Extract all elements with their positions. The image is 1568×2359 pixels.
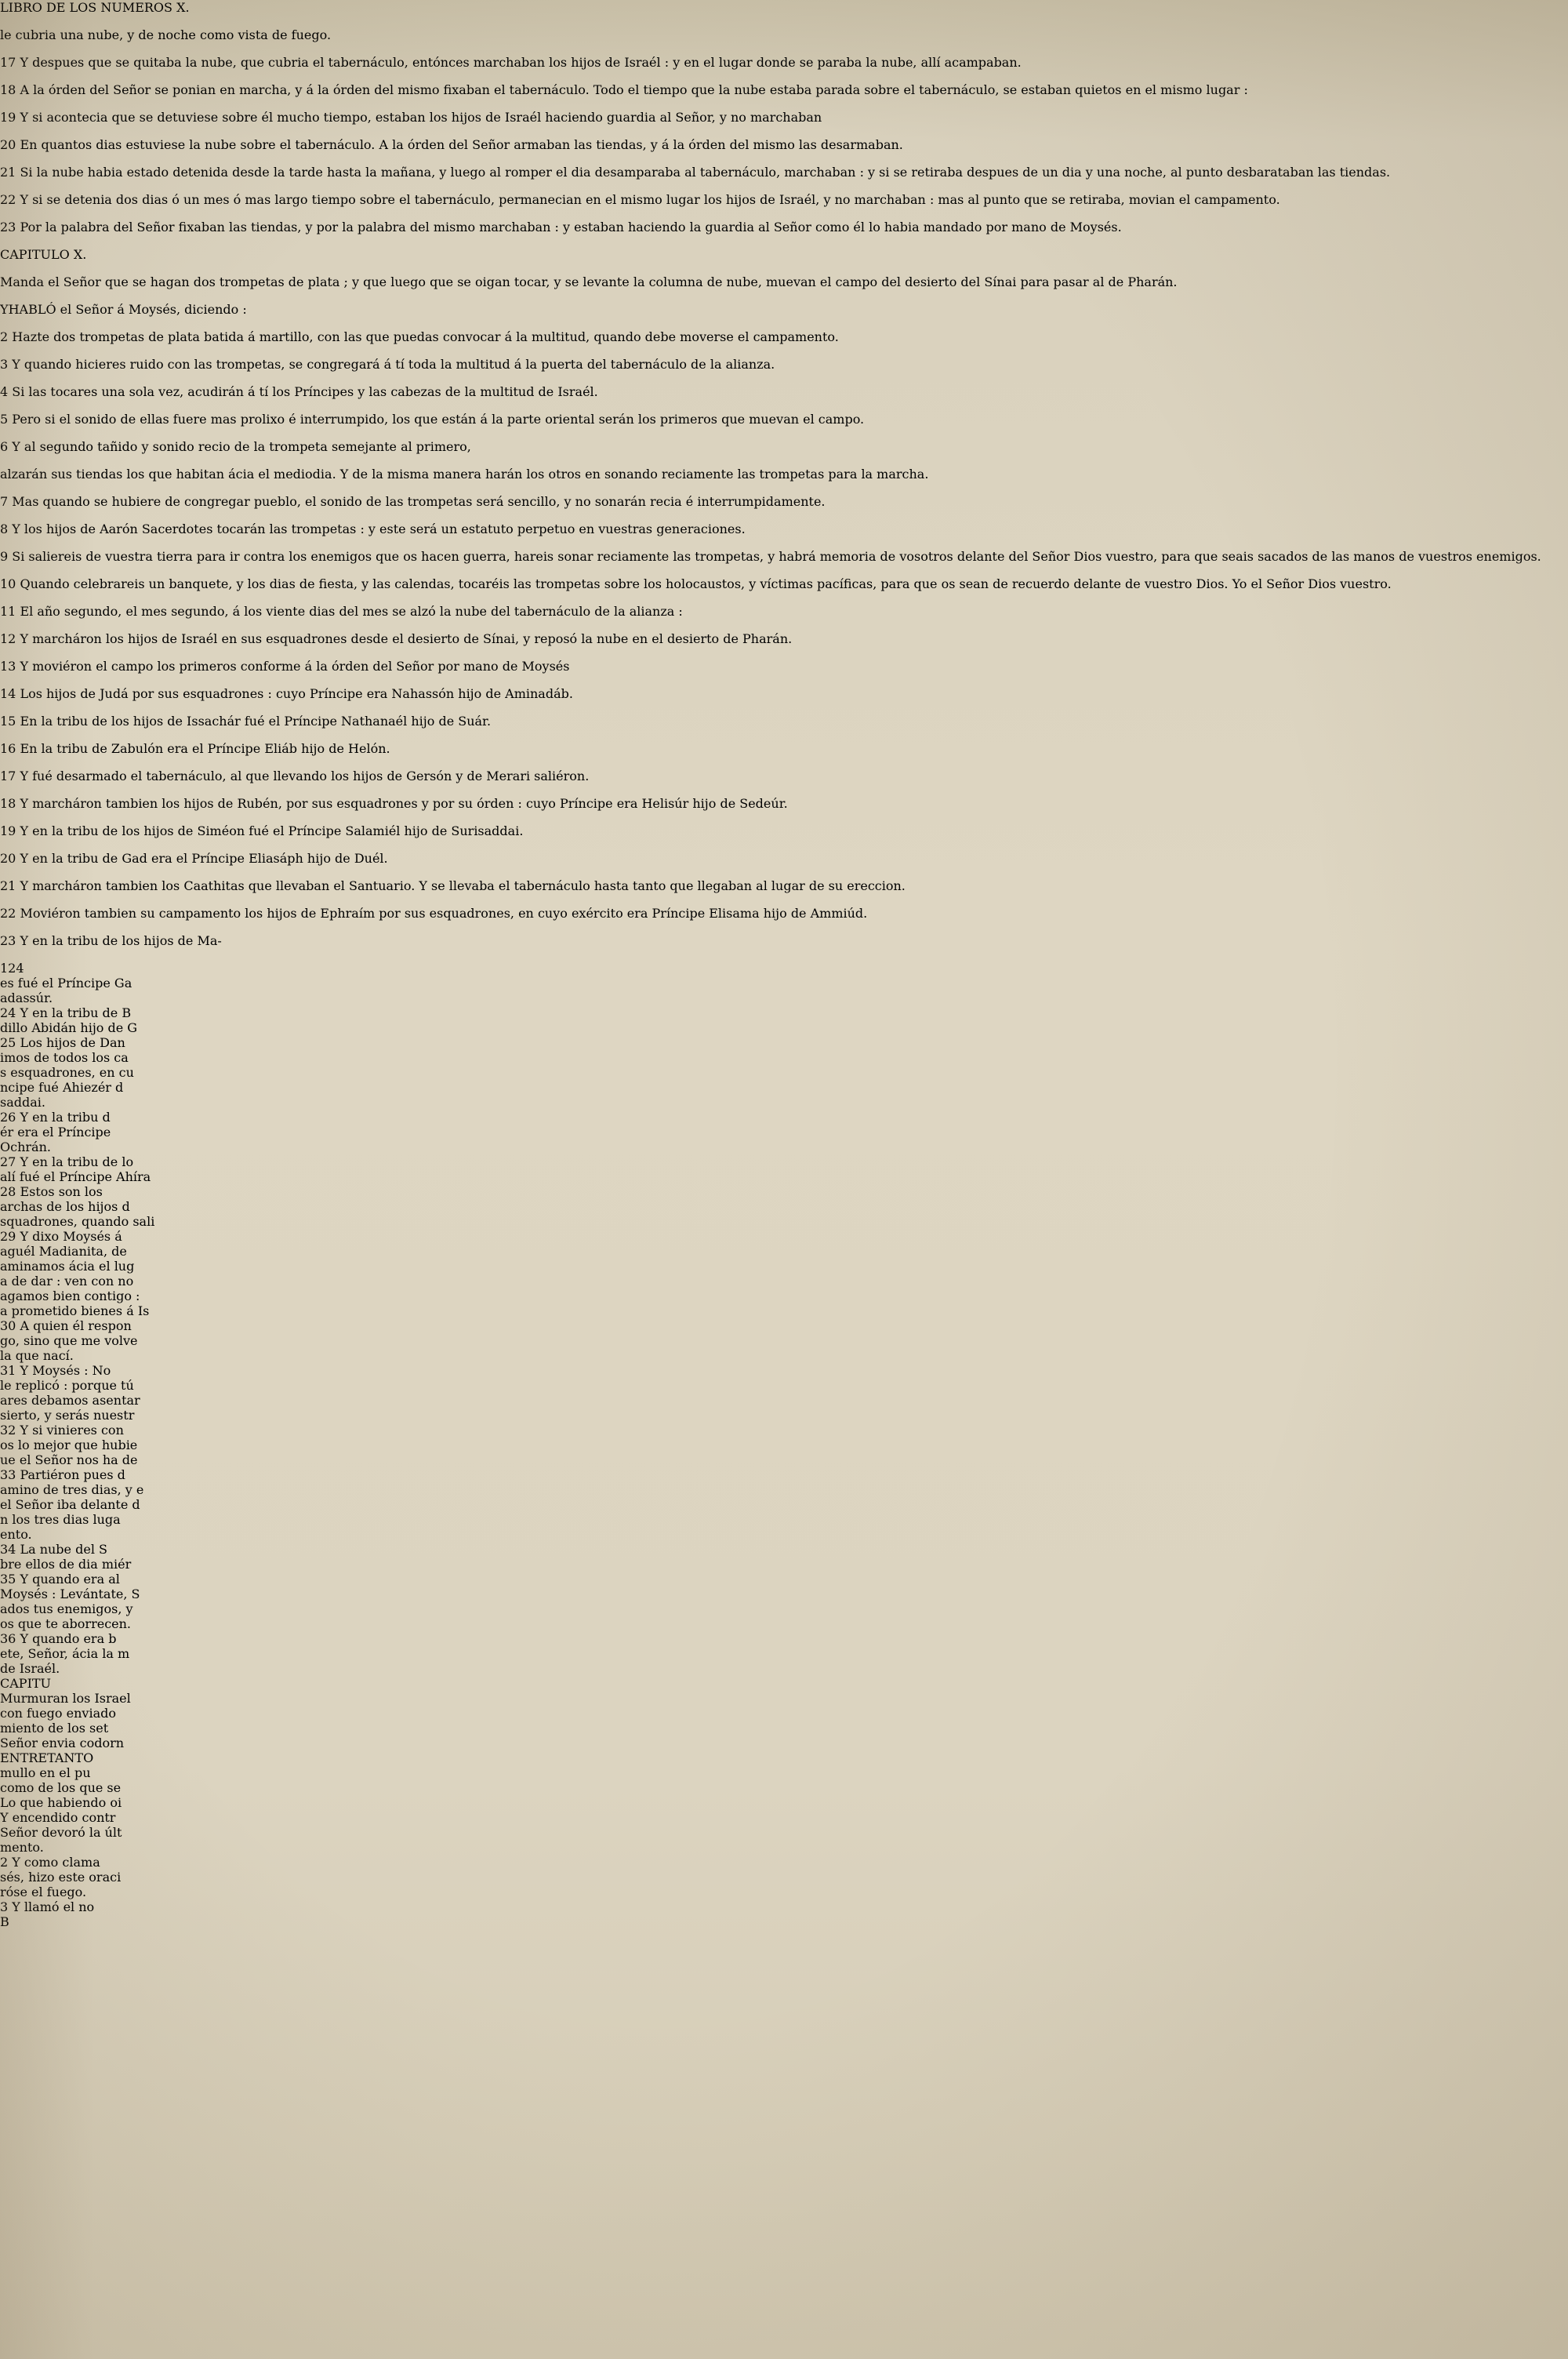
dropcap-letter: Y bbox=[0, 302, 9, 317]
dropcap-text: HABLÓ el Señor á Moysés, diciendo : bbox=[9, 302, 247, 317]
page-gutter-shadow bbox=[1286, 0, 1568, 2359]
book-page: LIBRO DE LOS NUMEROS X. le cubria una nu… bbox=[0, 0, 1568, 2359]
